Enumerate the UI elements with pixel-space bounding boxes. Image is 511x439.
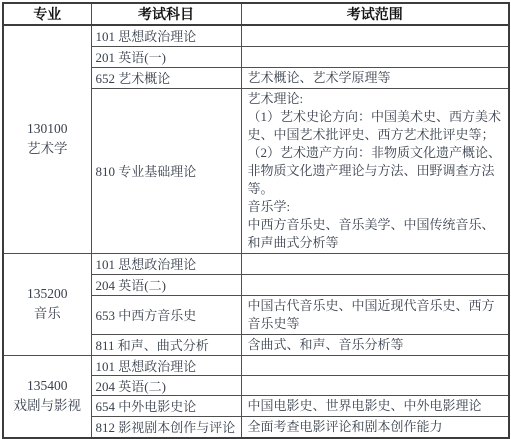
subject-cell: 204 英语(二): [91, 375, 241, 395]
scope-cell: [241, 253, 509, 274]
subject-cell: 811 和声、曲式分析: [91, 334, 241, 355]
col-header-major: 专业: [3, 3, 91, 25]
major-code: 135200: [6, 284, 89, 304]
subject-cell: 652 艺术概论: [91, 67, 241, 88]
scope-cell: 中国古代音乐史、中国近现代音乐史、西方 音乐史等: [241, 295, 509, 334]
scope-cell: 艺术概论、艺术学原理等: [241, 67, 509, 88]
table-row: 135200 音乐 101 思想政治理论: [3, 253, 509, 274]
major-name: 戏剧与影视: [6, 396, 89, 416]
subject-cell: 101 思想政治理论: [91, 25, 241, 46]
table-row: 135400 戏剧与影视 101 思想政治理论: [3, 355, 509, 375]
col-header-subject: 考试科目: [91, 3, 241, 25]
scope-cell: [241, 355, 509, 375]
scope-cell: [241, 375, 509, 395]
header-row: 专业 考试科目 考试范围: [3, 3, 509, 25]
subject-cell: 101 思想政治理论: [91, 253, 241, 274]
subject-cell: 653 中西方音乐史: [91, 295, 241, 334]
scope-cell: [241, 25, 509, 46]
exam-subjects-table: 专业 考试科目 考试范围 130100 艺术学 101 思想政治理论 201 英…: [2, 2, 510, 439]
subject-cell: 654 中外电影史论: [91, 395, 241, 416]
subject-cell: 201 英语(一): [91, 46, 241, 67]
major-name: 艺术学: [6, 139, 89, 159]
major-cell-135200: 135200 音乐: [3, 253, 91, 355]
col-header-scope: 考试范围: [241, 3, 509, 25]
major-code: 135400: [6, 376, 89, 396]
scope-cell: 全面考查电影评论和剧本创作能力: [241, 416, 509, 438]
major-name: 音乐: [6, 304, 89, 324]
scope-cell: [241, 46, 509, 67]
major-cell-135400: 135400 戏剧与影视: [3, 355, 91, 438]
major-cell-130100: 130100 艺术学: [3, 25, 91, 253]
subject-cell: 810 专业基础理论: [91, 88, 241, 253]
scope-cell: 含曲式、和声、音乐分析等: [241, 334, 509, 355]
subject-cell: 812 影视剧本创作与评论: [91, 416, 241, 438]
subject-cell: 101 思想政治理论: [91, 355, 241, 375]
subject-cell: 204 英语(二): [91, 274, 241, 295]
scope-cell: 中国电影史、世界电影史、中外电影理论: [241, 395, 509, 416]
scope-cell: [241, 274, 509, 295]
major-code: 130100: [6, 119, 89, 139]
scope-cell: 艺术理论: （1）艺术史论方向：中国美术史、西方美术 史、中国艺术批评史、西方艺…: [241, 88, 509, 253]
table-row: 130100 艺术学 101 思想政治理论: [3, 25, 509, 46]
